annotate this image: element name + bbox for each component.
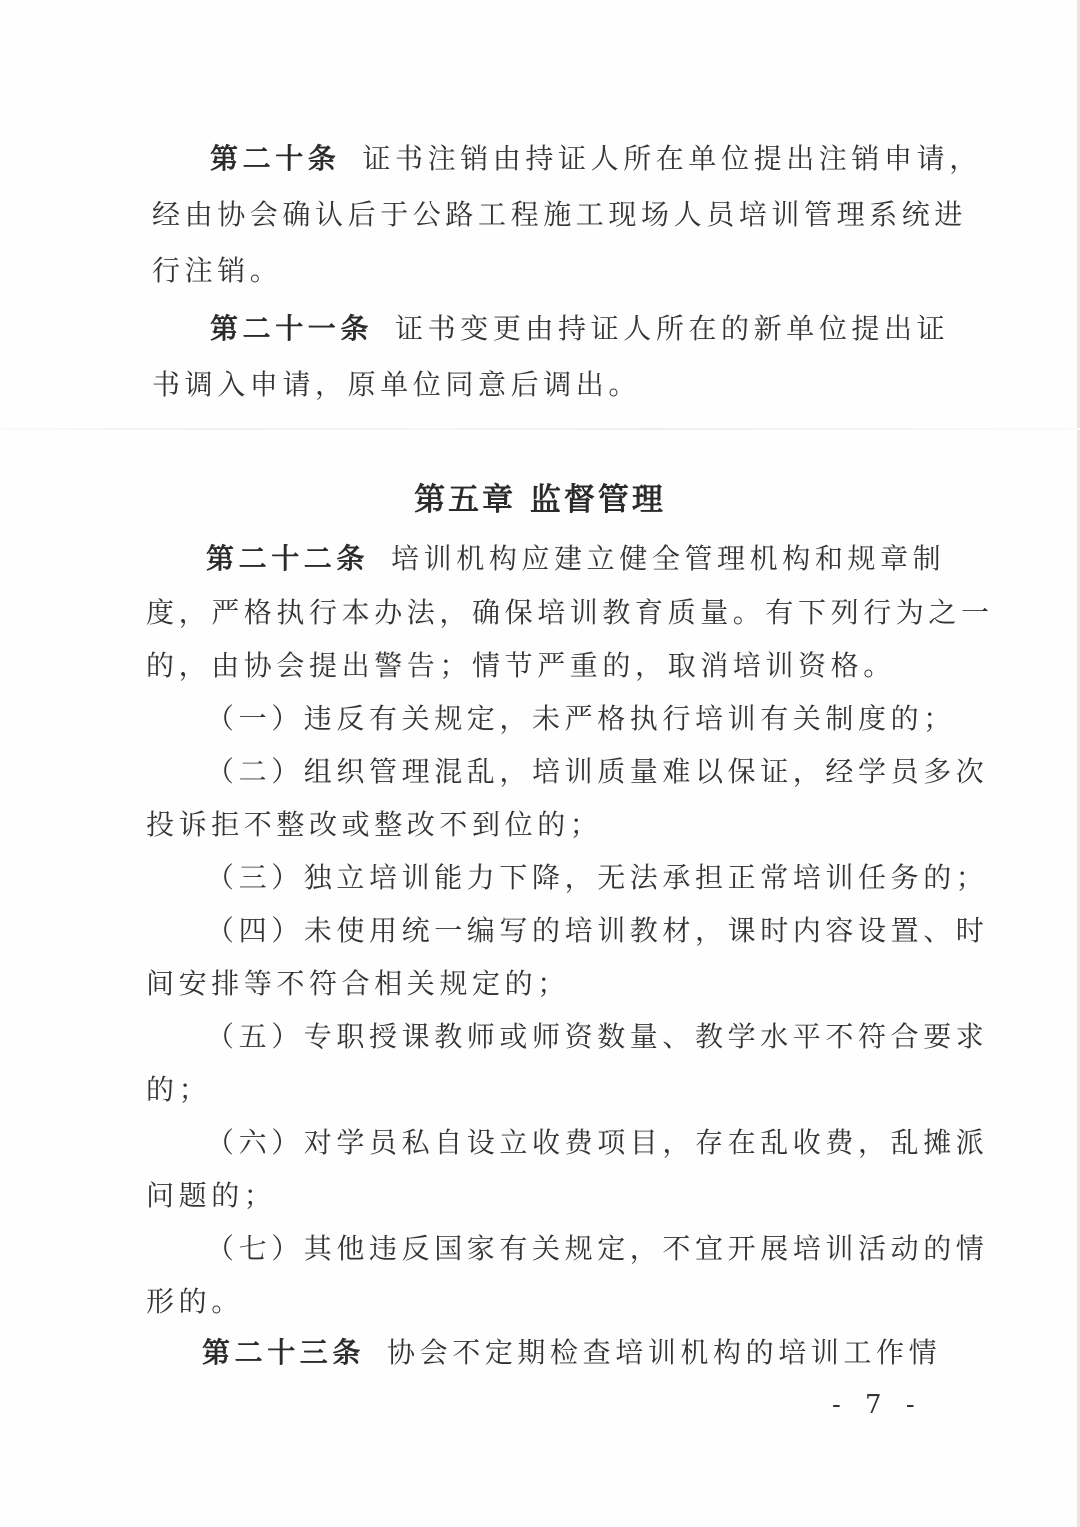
article-heading: 第二十二条 bbox=[206, 542, 369, 575]
article-23-line-1: 第二十三条协会不定期检查培训机构的培训工作情 bbox=[202, 1336, 941, 1370]
list-item-1: （一）违反有关规定，未严格执行培训有关制度的； bbox=[206, 702, 956, 736]
article-22-line-1: 第二十二条培训机构应建立健全管理机构和规章制 bbox=[206, 542, 945, 576]
article-20-line-3: 行注销。 bbox=[152, 254, 282, 288]
article-21-line-2: 书调入申请，原单位同意后调出。 bbox=[152, 368, 641, 402]
article-heading: 第二十条 bbox=[210, 142, 340, 175]
list-item-2-line-2: 投诉拒不整改或整改不到位的； bbox=[146, 808, 602, 842]
article-20-line-1: 第二十条证书注销由持证人所在单位提出注销申请， bbox=[210, 142, 982, 176]
article-heading: 第二十三条 bbox=[202, 1336, 365, 1369]
article-20-line-2: 经由协会确认后于公路工程施工现场人员培训管理系统进 bbox=[152, 198, 967, 232]
list-item-7-line-1: （七）其他违反国家有关规定，不宜开展培训活动的情 bbox=[206, 1232, 988, 1266]
list-item-6-line-1: （六）对学员私自设立收费项目，存在乱收费，乱摊派 bbox=[206, 1126, 988, 1160]
list-item-4-line-1: （四）未使用统一编写的培训教材，课时内容设置、时 bbox=[206, 914, 988, 948]
article-21-line-1: 第二十一条证书变更由持证人所在的新单位提出证 bbox=[210, 312, 949, 346]
chapter-title: 第五章 监督管理 bbox=[0, 480, 1080, 520]
list-item-3: （三）独立培训能力下降，无法承担正常培训任务的； bbox=[206, 861, 988, 895]
list-item-5-line-1: （五）专职授课教师或师资数量、教学水平不符合要求 bbox=[206, 1020, 988, 1054]
page-number: - 7 - bbox=[832, 1390, 923, 1420]
document-page: 第二十条证书注销由持证人所在单位提出注销申请， 经由协会确认后于公路工程施工现场… bbox=[0, 0, 1080, 1527]
list-item-2-line-1: （二）组织管理混乱，培训质量难以保证，经学员多次 bbox=[206, 755, 988, 789]
article-22-line-3: 的，由协会提出警告；情节严重的，取消培训资格。 bbox=[146, 649, 896, 683]
list-item-6-line-2: 问题的； bbox=[146, 1179, 276, 1213]
article-heading: 第二十一条 bbox=[210, 312, 373, 345]
list-item-7-line-2: 形的。 bbox=[146, 1285, 244, 1319]
scan-artifact-line bbox=[0, 428, 1080, 430]
list-item-5-line-2: 的； bbox=[146, 1073, 211, 1107]
list-item-4-line-2: 间安排等不符合相关规定的； bbox=[146, 967, 570, 1001]
article-22-line-2: 度，严格执行本办法，确保培训教育质量。有下列行为之一 bbox=[146, 596, 994, 630]
